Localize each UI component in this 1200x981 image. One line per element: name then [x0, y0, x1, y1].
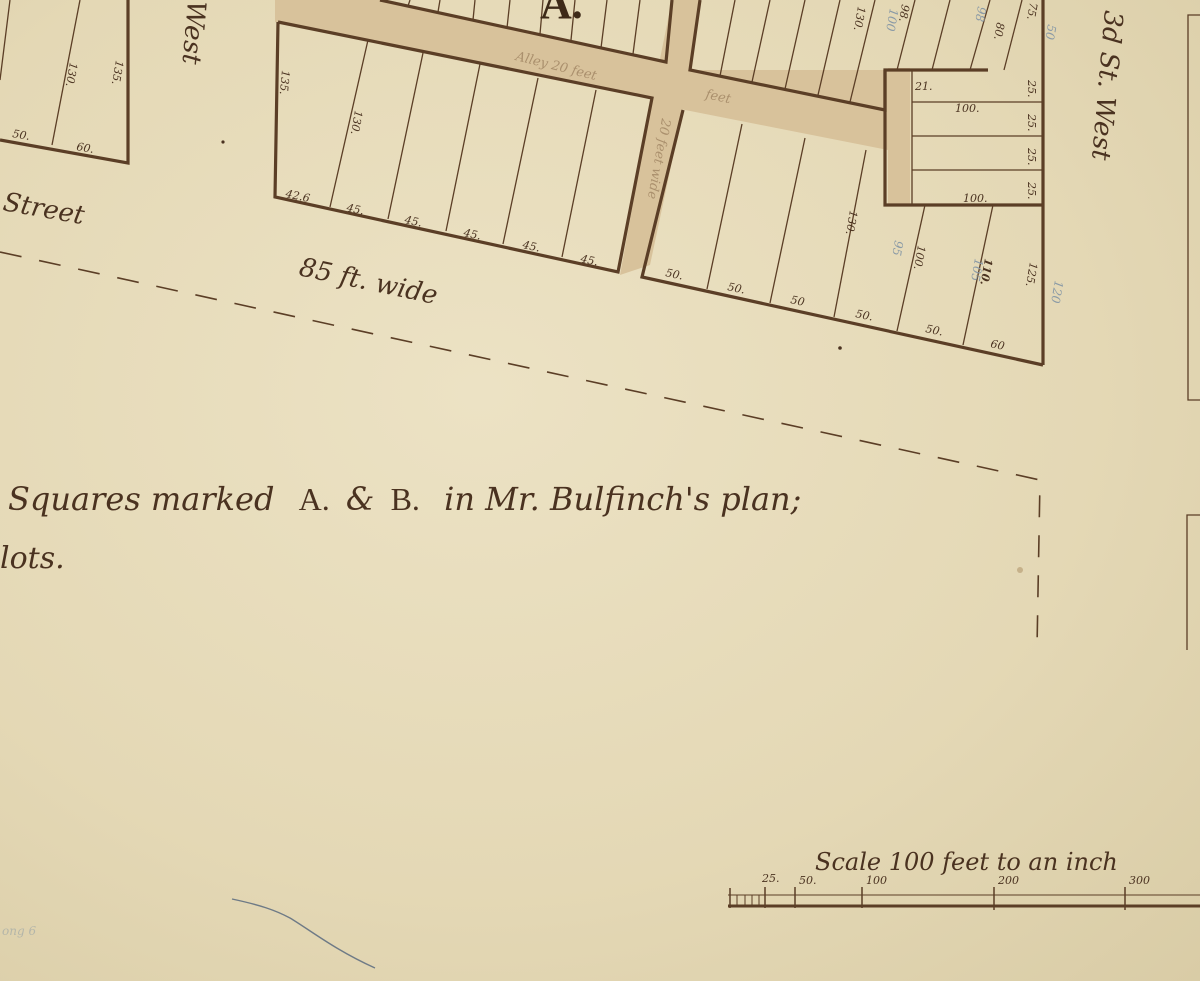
- pencil-note: 50: [1042, 23, 1059, 41]
- lot-front: 50.: [664, 266, 684, 282]
- inset-width: 25.: [1025, 113, 1038, 132]
- lot-depth: 125.: [1023, 261, 1040, 287]
- scale-tick-label: 100: [866, 874, 887, 887]
- lot-front: 60: [989, 337, 1005, 353]
- street-width-label: 85 ft. wide: [297, 253, 441, 312]
- pencil-note: 95: [889, 239, 905, 256]
- lot-depth: 135.: [277, 70, 292, 96]
- scale-tick-label: 300: [1129, 874, 1150, 887]
- note-and: &: [346, 480, 374, 518]
- scale-tick-label: 50.: [799, 874, 817, 887]
- street-label-left: Street: [1, 187, 87, 231]
- lot-front: 50.: [726, 280, 746, 296]
- street-boundary-dashed: [0, 252, 1040, 648]
- note-block-b: B.: [391, 481, 420, 517]
- lot-front: 45.: [344, 201, 365, 218]
- inset-depth: 100.: [955, 102, 980, 115]
- block-label-a: A.: [540, 0, 583, 28]
- note-prefix: Squares marked: [8, 480, 274, 518]
- lot-front: 50.: [11, 127, 30, 143]
- map-drawing: 130. 135. 50. 60. Street West A. 135. 13…: [0, 0, 1200, 981]
- scale-bar: Scale 100 feet to an inch 25. 50. 100 20…: [728, 848, 1200, 910]
- note-suffix: in Mr. Bulfinch's plan;: [444, 480, 801, 518]
- historical-plat-map: 130. 135. 50. 60. Street West A. 135. 13…: [0, 0, 1200, 981]
- right-block-edge: [1188, 15, 1200, 400]
- lot-front: 45.: [578, 252, 599, 269]
- lot-depth: 100.: [911, 244, 928, 270]
- svg-text:Squares marked A.: Squares marked A. & B. in Mr. Bulfinch's…: [8, 480, 801, 518]
- lot-front: 42.6: [283, 187, 311, 205]
- pencil-note: 100: [883, 7, 901, 32]
- block-east-lower: 130. 100. 110. 125. 95 105 120 50. 50. 5…: [642, 110, 1066, 365]
- lot-depth: 75.: [1024, 1, 1040, 20]
- block-east-upper: 130. 98. 80. 75. 100 98 50: [690, 0, 1059, 365]
- inset-width: 25.: [1025, 79, 1038, 98]
- title-note: Squares marked A. & B. in Mr. Bulfinch's…: [0, 480, 801, 576]
- inset-width: 25.: [1025, 147, 1038, 166]
- scale-tick-label: 25.: [761, 872, 780, 885]
- note-line2: lots.: [0, 541, 65, 576]
- scale-tick-label: 200: [997, 874, 1019, 887]
- lot-front: 50: [789, 293, 805, 309]
- lot-depth: 135.: [109, 59, 126, 85]
- street-label-west-right: 3d St. West: [1085, 9, 1128, 162]
- lot-depth: 130.: [843, 209, 860, 235]
- street-label-west-left: West: [175, 0, 210, 66]
- inset-width: 25.: [1025, 181, 1038, 200]
- inset-depth: 100.: [963, 192, 988, 205]
- left-block: 130. 135. 50. 60.: [0, 0, 128, 163]
- pencil-note: 120: [1048, 279, 1066, 304]
- lot-depth: 130.: [63, 61, 80, 87]
- pencil-note: 105: [968, 257, 986, 282]
- lot-depth: 80.: [991, 21, 1007, 40]
- lot-depth: 130.: [348, 109, 365, 135]
- lot-front: 50.: [924, 322, 944, 338]
- pencil-note-bottom-left: ong 6: [2, 924, 36, 938]
- lot-depth: 130.: [851, 5, 868, 31]
- pencil-stroke: [232, 899, 375, 968]
- scale-title: Scale 100 feet to an inch: [815, 848, 1118, 876]
- lot-front: 50.: [854, 307, 874, 323]
- inset-corner: 21.: [914, 80, 933, 93]
- note-block-a: A.: [299, 481, 330, 517]
- pencil-note: 98: [972, 5, 989, 23]
- lot-front: 45.: [461, 226, 482, 243]
